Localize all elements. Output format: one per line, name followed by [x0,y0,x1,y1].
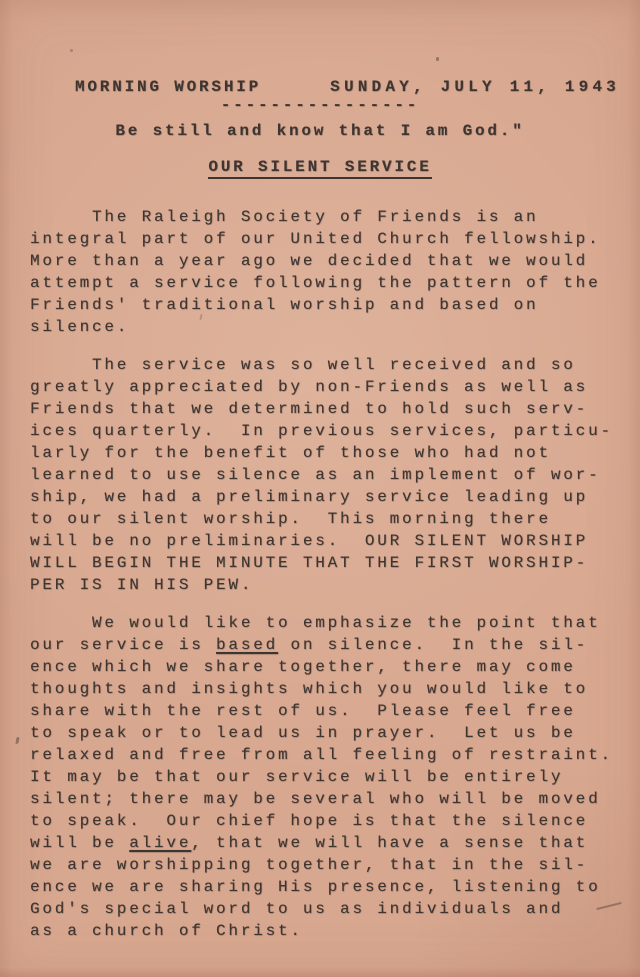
text-line: PER IS IN HIS PEW. [30,574,640,596]
document-body: The Raleigh Society of Friends is aninte… [30,206,640,942]
text-line: It may be that our service will be entir… [30,766,640,788]
text-segment: our service is [30,636,216,654]
text-segment: will be [30,834,129,852]
text-line: silent; there may be several who will be… [30,788,640,810]
paragraph: The Raleigh Society of Friends is aninte… [30,206,640,338]
text-line: relaxed and free from all feeling of res… [30,744,640,766]
scanned-bulletin-page: MORNING WORSHIP SUNDAY, JULY 11, 1943 --… [0,0,640,977]
text-line: More than a year ago we decided that we … [30,250,640,272]
text-line: learned to use silence as an implement o… [30,464,640,486]
text-line: ence which we share together, there may … [30,656,640,678]
section-title-row: OUR SILENT SERVICE [0,156,640,178]
text-line: attempt a service following the pattern … [30,272,640,294]
text-line: will be no preliminaries. OUR SILENT WOR… [30,530,640,552]
paragraph: We would like to emphasize the point tha… [30,612,640,942]
ink-speck [15,737,19,744]
text-line: The Raleigh Society of Friends is an [30,206,640,228]
text-line: share with the rest of us. Please feel f… [30,700,640,722]
text-line: Friends that we determined to hold such … [30,398,640,420]
text-line: We would like to emphasize the point tha… [30,612,640,634]
text-line: we are worshipping together, that in the… [30,854,640,876]
service-date: SUNDAY, JULY 11, 1943 [330,76,620,98]
bulletin-header: MORNING WORSHIP SUNDAY, JULY 11, 1943 --… [0,0,640,178]
header-row: MORNING WORSHIP SUNDAY, JULY 11, 1943 [0,76,640,98]
text-line: to speak. Our chief hope is that the sil… [30,810,640,832]
text-line: thoughts and insights which you would li… [30,678,640,700]
text-line: Friends' traditional worship and based o… [30,294,640,316]
text-line: The service was so well received and so [30,354,640,376]
text-line: ence we are sharing His presence, listen… [30,876,640,898]
text-line: our service is based on silence. In the … [30,634,640,656]
text-line: God's special word to us as individuals … [30,898,640,920]
text-line: as a church of Christ. [30,920,640,942]
text-line: ship, we had a preliminary service leadi… [30,486,640,508]
text-line: integral part of our United Church fello… [30,228,640,250]
dashed-divider: ---------------- [0,98,640,112]
text-line: ices quarterly. In previous services, pa… [30,420,640,442]
underlined-word: alive [129,834,191,852]
text-line: will be alive, that we will have a sense… [30,832,640,854]
text-line: to our silent worship. This morning ther… [30,508,640,530]
text-line: WILL BEGIN THE MINUTE THAT THE FIRST WOR… [30,552,640,574]
scripture-quote: Be still and know that I am God." [0,120,640,142]
text-segment: on silence. In the sil- [278,636,588,654]
text-line: to speak or to lead us in prayer. Let us… [30,722,640,744]
section-title: OUR SILENT SERVICE [208,158,431,179]
text-line: larly for the benefit of those who had n… [30,442,640,464]
text-line: greatly appreciated by non-Friends as we… [30,376,640,398]
service-title: MORNING WORSHIP [75,76,261,98]
text-line: silence. [30,316,640,338]
paragraph: The service was so well received and sog… [30,354,640,596]
text-segment: , that we will have a sense that [191,834,588,852]
underlined-word: based [216,636,278,654]
